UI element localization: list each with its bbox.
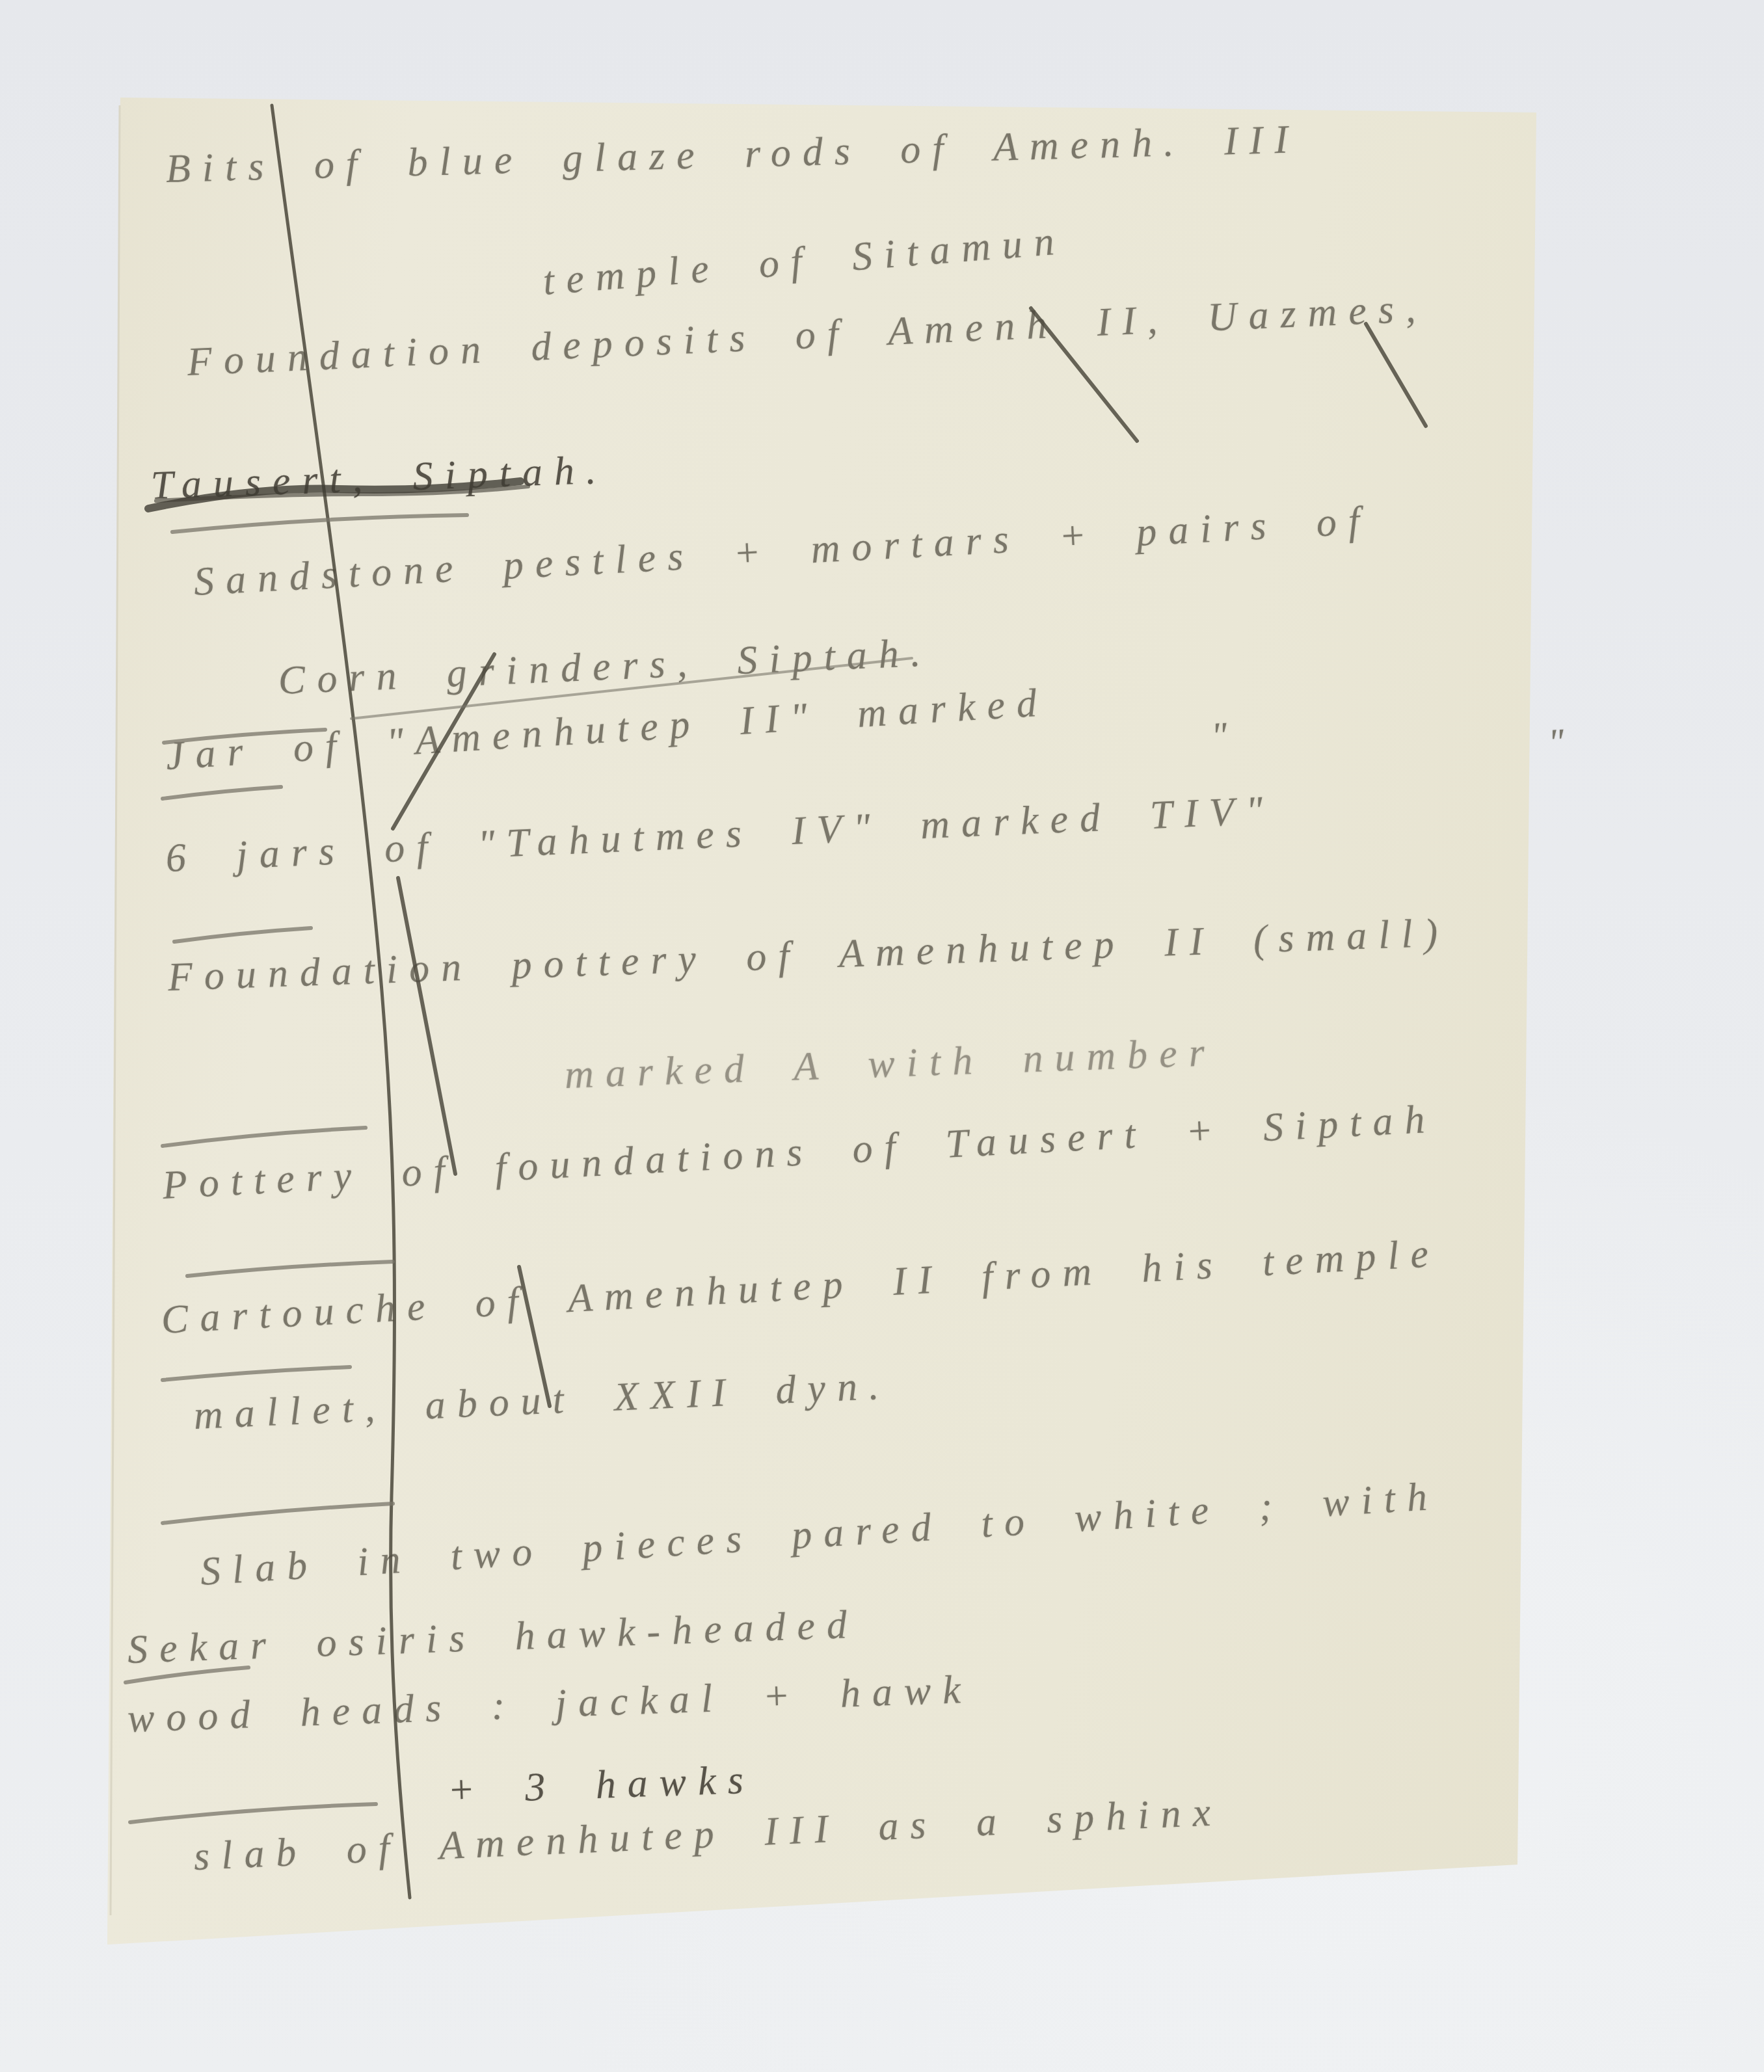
cancel-slashes [393,308,1426,1406]
cancel-slash [398,878,455,1174]
cancel-slash [1366,324,1426,426]
margin-dash [187,1262,393,1276]
margin-dash [163,1504,393,1523]
page-under-edge [111,105,120,1915]
margin-dash [130,1804,376,1822]
cancel-slash [519,1267,550,1406]
margin-dash [126,1667,248,1682]
strikethrough-scribble [148,481,528,509]
cancel-slash [1031,308,1137,441]
margin-dash [163,1128,366,1146]
margin-dash [163,1367,350,1380]
margin-dash [174,928,311,942]
margin-dash [163,787,281,799]
pen-strokes-overlay [0,0,1764,2072]
margin-dash [164,730,325,743]
margin-dash [172,515,467,532]
cancel-slash [393,654,494,829]
check-line [272,105,410,1898]
pencil-strike [351,658,912,719]
